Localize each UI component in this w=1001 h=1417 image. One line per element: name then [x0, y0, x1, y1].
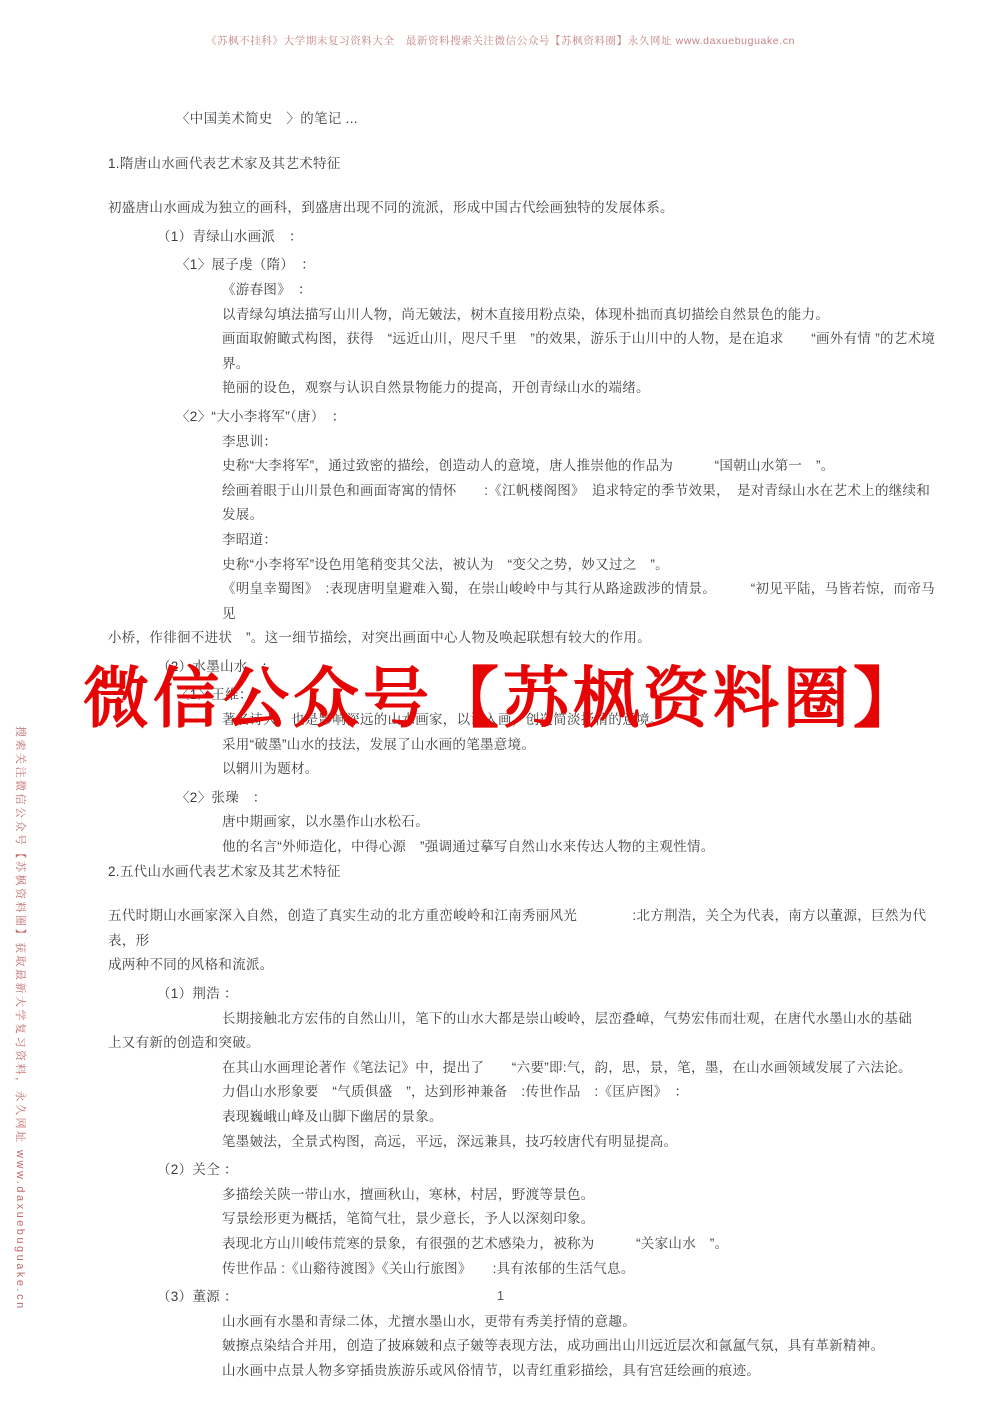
- text-line: 上又有新的创造和突破。: [108, 1031, 940, 1056]
- text-line: 表现北方山川峻伟荒寒的景象，有很强的艺术感染力，被称为 “关家山水 ”。: [108, 1232, 940, 1257]
- text-line: 〈2〉张璪 ：: [108, 786, 940, 811]
- text-line: 画面取俯瞰式构图，获得 “远近山川，咫尺千里 ”的效果，游乐于山川中的人物，是在…: [108, 327, 940, 376]
- text-line: 传世作品 :《山谿待渡图》《关山行旅图》 :具有浓郁的生活气息。: [108, 1257, 940, 1282]
- text-line: 初盛唐山水画成为独立的画科，到盛唐出现不同的流派，形成中国古代绘画独特的发展体系…: [108, 196, 940, 221]
- text-line: 唐中期画家，以水墨作山水松石。: [108, 810, 940, 835]
- text-line: 笔墨皴法，全景式构图，高远，平远，深远兼具，技巧较唐代有明显提高。: [108, 1130, 940, 1155]
- text-line: 写景绘形更为概括，笔简气壮，景少意长，予人以深刻印象。: [108, 1207, 940, 1232]
- text-line: 表现巍峨山峰及山脚下幽居的景象。: [108, 1105, 940, 1130]
- text-line: 他的名言“外师造化，中得心源 ”强调通过摹写自然山水来传达人物的主观性情。: [108, 835, 940, 860]
- text-line: 力倡山水形象要 “气质俱盛 ”，达到形神兼备 :传世作品 :《匡庐图》 ：: [108, 1080, 940, 1105]
- text-line: 《游春图》 ：: [108, 278, 940, 303]
- text-line: 成两种不同的风格和流派。: [108, 953, 940, 978]
- text-line: （2）关仝 ：: [108, 1158, 940, 1183]
- text-line: 多描绘关陕一带山水，擅画秋山，寒林，村居，野渡等景色。: [108, 1183, 940, 1208]
- text-line: 李思训：: [108, 430, 940, 455]
- document-lines: 〈中国美术简史 〉的笔记 ...1.隋唐山水画代表艺术家及其艺术特征初盛唐山水画…: [108, 107, 940, 1384]
- text-line: （1）荆浩 ：: [108, 982, 940, 1007]
- text-line: （1）青绿山水画派 ：: [108, 225, 940, 250]
- document-page: 《苏枫不挂科》大学期末复习资料大全 最新资料搜索关注微信公众号【苏枫资料圈】永久…: [0, 0, 1001, 1417]
- text-line: 《明皇幸蜀图》 :表现唐明皇避难入蜀，在崇山峻岭中与其行从路途跋涉的情景。 “初…: [108, 577, 940, 626]
- text-line: 山水画中点景人物多穿插贵族游乐或风俗情节，以青红重彩描绘，具有宫廷绘画的痕迹。: [108, 1359, 940, 1384]
- text-line: 艳丽的设色，观察与认识自然景物能力的提高，开创青绿山水的端绪。: [108, 376, 940, 401]
- side-vertical-note: 搜索关注微信公众号【苏枫资料圈】获取最新大学复习资料，永久网址 www.daxu…: [13, 726, 29, 1311]
- text-line: 山水画有水墨和青绿二体，尤擅水墨山水，更带有秀美抒情的意趣。: [108, 1310, 940, 1335]
- text-line: 〈中国美术简史 〉的笔记 ...: [108, 107, 940, 132]
- text-line: 李昭道：: [108, 528, 940, 553]
- text-line: 以辋川为题材。: [108, 757, 940, 782]
- red-watermark: 微信公众号【苏枫资料圈】: [83, 645, 923, 740]
- text-line: 2.五代山水画代表艺术家及其艺术特征: [108, 860, 940, 885]
- text-line: 在其山水画理论著作《笔法记》中，提出了 “六要”即:气，韵，思，景，笔，墨，在山…: [108, 1056, 940, 1081]
- text-line: 1.隋唐山水画代表艺术家及其艺术特征: [108, 152, 940, 177]
- text-line: 史称“大李将军”，通过致密的描绘，创造动人的意境，唐人推崇他的作品为 “国朝山水…: [108, 454, 940, 479]
- page-number: 1: [0, 1288, 1001, 1303]
- text-line: 〈1〉展子虔（隋） ：: [108, 253, 940, 278]
- text-line: 皴擦点染结合并用，创造了披麻皴和点子皴等表现方法，成功画出山川远近层次和氤氲气氛…: [108, 1334, 940, 1359]
- header-watermark-note: 《苏枫不挂科》大学期末复习资料大全 最新资料搜索关注微信公众号【苏枫资料圈】永久…: [0, 33, 1001, 48]
- text-line: 〈2〉“大小李将军”（唐） ：: [108, 405, 940, 430]
- text-line: 长期接触北方宏伟的自然山川，笔下的山水大都是崇山峻岭，层峦叠嶂，气势宏伟而壮观，…: [108, 1007, 940, 1032]
- text-line: 以青绿勾填法描写山川人物，尚无皴法，树木直接用粉点染，体现朴拙而真切描绘自然景色…: [108, 303, 940, 328]
- text-line: 五代时期山水画家深入自然，创造了真实生动的北方重峦峻岭和江南秀丽风光 :北方荆浩…: [108, 904, 940, 953]
- text-line: 史称“小李将军”设色用笔稍变其父法，被认为 “变父之势，妙又过之 ”。: [108, 553, 940, 578]
- text-line: 绘画着眼于山川景色和画面寄寓的情怀 :《江帆楼阁图》 追求特定的季节效果， 是对…: [108, 479, 940, 528]
